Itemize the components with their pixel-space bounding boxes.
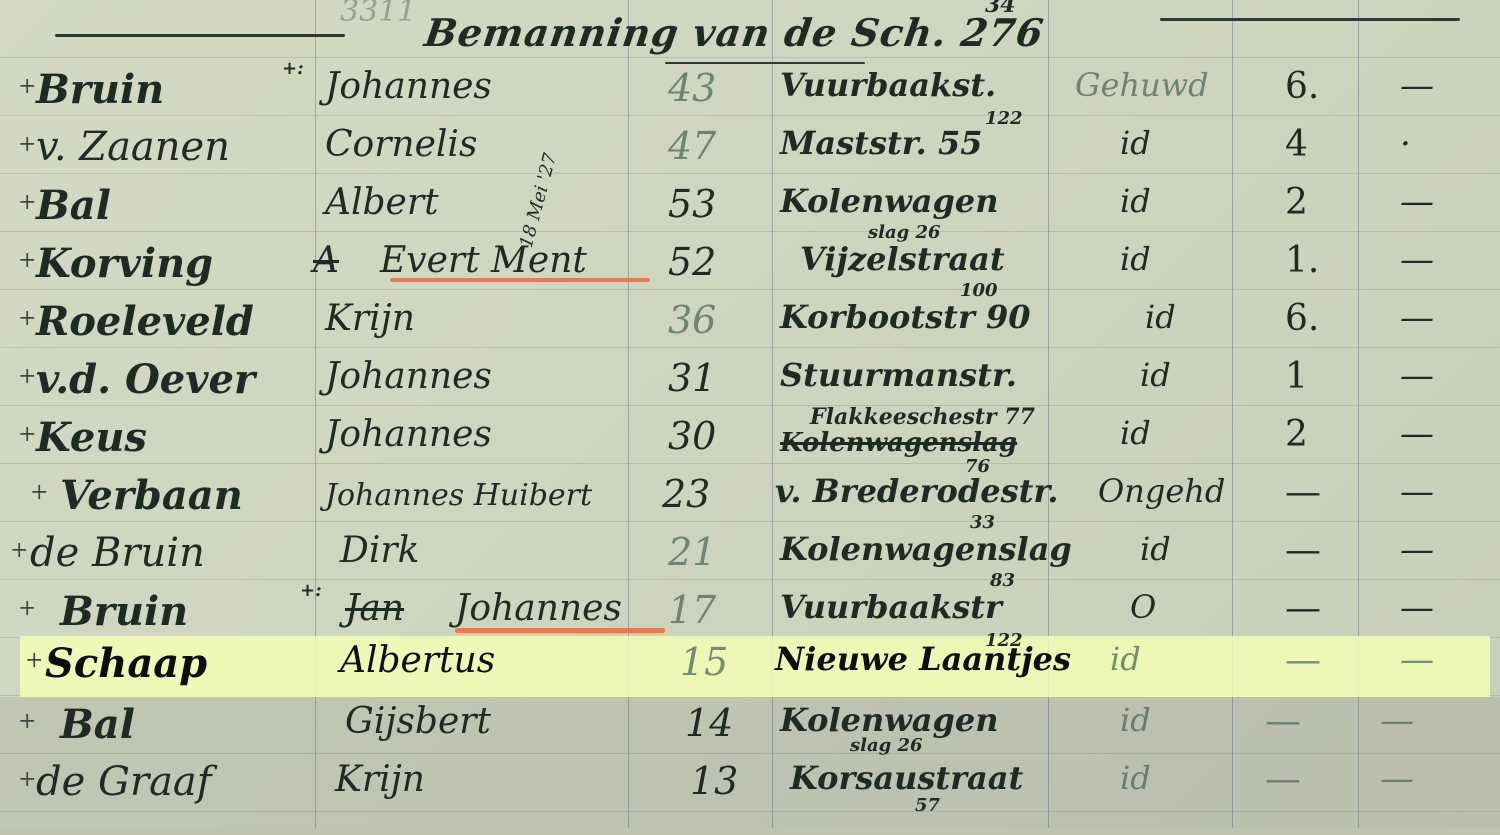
street: Kolenwagen (780, 701, 999, 739)
street: Korbootstr 90 (780, 298, 1030, 336)
register-row: + de Bruin Dirk 21 33 Kolenwagenslag id … (0, 526, 1500, 584)
marital-status: id (1120, 701, 1151, 739)
street-note: 57 (915, 795, 940, 816)
street: Vijzelstraat (800, 240, 1005, 278)
page-title: Bemanning van de Sch. 276 (422, 10, 1047, 55)
street-struck: Kolenwagenslag (780, 428, 1017, 458)
check-mark: + (18, 306, 36, 331)
count: 1 (1285, 356, 1308, 397)
dash: — (1400, 530, 1434, 570)
age: 21 (668, 530, 716, 574)
check-mark: + (18, 596, 36, 621)
surname: Verbaan (60, 472, 243, 519)
marital-status: id (1110, 640, 1141, 678)
register-row: + Verbaan Johannes Huibert 23 v. Bredero… (0, 468, 1500, 526)
register-row: + Bruin +: Johannes 43 Vuurbaakst. Gehuw… (0, 62, 1500, 120)
marital-status: O (1130, 588, 1156, 626)
dash: — (1400, 240, 1434, 280)
header-rule (55, 34, 345, 37)
register-row: + v. Zaanen Cornelis 47 122 Maststr. 55 … (0, 120, 1500, 178)
dash: — (1380, 759, 1414, 799)
register-row: + Bal Gijsbert 14 Kolenwagen slag 26 id … (0, 697, 1500, 755)
dash: — (1400, 66, 1434, 106)
red-pencil-underline (390, 278, 650, 282)
street: Maststr. 55 (780, 124, 982, 162)
surname-note: +: (300, 580, 322, 601)
street-note: 122 (985, 108, 1023, 129)
age: 23 (662, 472, 710, 516)
age: 47 (668, 124, 716, 168)
count: — (1285, 472, 1321, 513)
street: Vuurbaakst. (780, 66, 996, 104)
age: 31 (668, 356, 716, 400)
marital-status: id (1140, 356, 1171, 394)
dash: — (1400, 588, 1434, 628)
first-name: Cornelis (325, 124, 477, 165)
highlighted-register-row[interactable]: + Schaap Albertus 15 122 Nieuwe Laantjes… (20, 636, 1490, 697)
age: 52 (668, 240, 716, 284)
dash: — (1400, 356, 1434, 396)
first-name: Johannes (455, 588, 622, 629)
surname: Korving (36, 240, 213, 287)
count: 6. (1285, 298, 1319, 339)
surname: Roeleveld (36, 298, 254, 345)
marital-status: id (1120, 414, 1151, 452)
check-mark: + (30, 480, 48, 505)
title-superscript: 34 (985, 0, 1016, 18)
count: — (1285, 640, 1321, 681)
count: — (1265, 759, 1301, 800)
check-mark: + (18, 248, 36, 273)
dash: — (1380, 701, 1414, 741)
check-mark: + (10, 538, 28, 563)
dash: · (1400, 124, 1411, 164)
age: 30 (668, 414, 716, 458)
first-name: Krijn (325, 298, 415, 339)
register-row: + de Graaf Krijn 13 Korsaustraat 57 id —… (0, 755, 1500, 813)
dash: — (1400, 414, 1434, 454)
surname: Bal (36, 182, 111, 229)
first-name: Albert (325, 182, 439, 223)
surname: Bruin (36, 66, 164, 113)
dash: — (1400, 640, 1434, 680)
surname-note: +: (282, 58, 304, 79)
marital-status: id (1120, 240, 1151, 278)
dash: — (1400, 298, 1434, 338)
first-name: Johannes (325, 66, 492, 107)
marital-status: id (1120, 759, 1151, 797)
dash: — (1400, 472, 1434, 512)
street: Kolenwagen (780, 182, 999, 220)
check-mark: + (25, 648, 43, 673)
dash: — (1400, 182, 1434, 222)
first-name-struck: A (313, 240, 339, 281)
age: 53 (668, 182, 716, 226)
count: 1. (1285, 240, 1319, 281)
street: Nieuwe Laantjes (775, 640, 1071, 678)
check-mark: + (18, 767, 36, 792)
first-name: Johannes Huibert (325, 478, 592, 513)
register-row: + Keus Johannes 30 Flakkeeschestr 77 Kol… (0, 410, 1500, 468)
marital-status: Ongehd (1098, 472, 1225, 510)
age: 13 (690, 759, 738, 803)
first-name: Albertus (340, 640, 495, 681)
surname: v.d. Oever (36, 356, 255, 403)
age: 15 (680, 640, 728, 684)
marital-status: id (1145, 298, 1176, 336)
check-mark: + (18, 422, 36, 447)
count: — (1265, 701, 1301, 742)
first-name: Gijsbert (345, 701, 491, 742)
street-note: slag 26 (850, 735, 923, 756)
age: 17 (668, 588, 716, 632)
marital-status: id (1120, 182, 1151, 220)
first-name: Evert Ment (380, 240, 587, 281)
surname: de Graaf (36, 759, 212, 805)
count: 2 (1285, 414, 1308, 455)
first-name: Dirk (340, 530, 419, 571)
surname: Bal (60, 701, 135, 748)
header-rule (1160, 18, 1460, 21)
register-row: + v.d. Oever Johannes 31 Stuurmanstr. id… (0, 352, 1500, 410)
register-page: 3311 Bemanning van de Sch. 276 34 + Brui… (0, 0, 1500, 830)
count: — (1285, 588, 1321, 629)
surname: Keus (36, 414, 147, 461)
check-mark: + (18, 74, 36, 99)
count: 4 (1285, 124, 1308, 165)
register-row: + Bruin +: Jan Johannes 17 83 Vuurbaakst… (0, 584, 1500, 642)
street: Flakkeeschestr 77 (810, 404, 1035, 430)
surname: Bruin (60, 588, 188, 635)
red-pencil-underline (455, 628, 665, 633)
street: Kolenwagenslag (780, 530, 1072, 568)
count: 6. (1285, 66, 1319, 107)
surname: Schaap (45, 640, 207, 687)
check-mark: + (18, 364, 36, 389)
first-name-struck: Jan (345, 588, 404, 629)
street: Vuurbaakstr (780, 588, 1002, 626)
marital-status: id (1120, 124, 1151, 162)
age: 36 (668, 298, 716, 342)
first-name: Johannes (325, 414, 492, 455)
first-name: Johannes (325, 356, 492, 397)
surname: v. Zaanen (36, 124, 230, 170)
street: Korsaustraat (790, 759, 1023, 797)
check-mark: + (18, 190, 36, 215)
marital-status: Gehuwd (1075, 66, 1209, 104)
surname: de Bruin (30, 530, 205, 576)
register-row: + Korving A Evert Ment 52 slag 26 Vijzel… (0, 236, 1500, 294)
archive-number: 3311 (340, 0, 416, 29)
street: Stuurmanstr. (780, 356, 1017, 394)
register-row: + Bal Albert 18 Mei '27 53 Kolenwagen id… (0, 178, 1500, 236)
check-mark: + (18, 132, 36, 157)
register-row: + Roeleveld Krijn 36 100 Korbootstr 90 i… (0, 294, 1500, 352)
check-mark: + (18, 709, 36, 734)
count: — (1285, 530, 1321, 571)
count: 2 (1285, 182, 1308, 223)
marital-status: id (1140, 530, 1171, 568)
age: 14 (685, 701, 733, 745)
age: 43 (668, 66, 716, 110)
first-name: Krijn (335, 759, 425, 800)
street: v. Brederodestr. (775, 472, 1058, 510)
